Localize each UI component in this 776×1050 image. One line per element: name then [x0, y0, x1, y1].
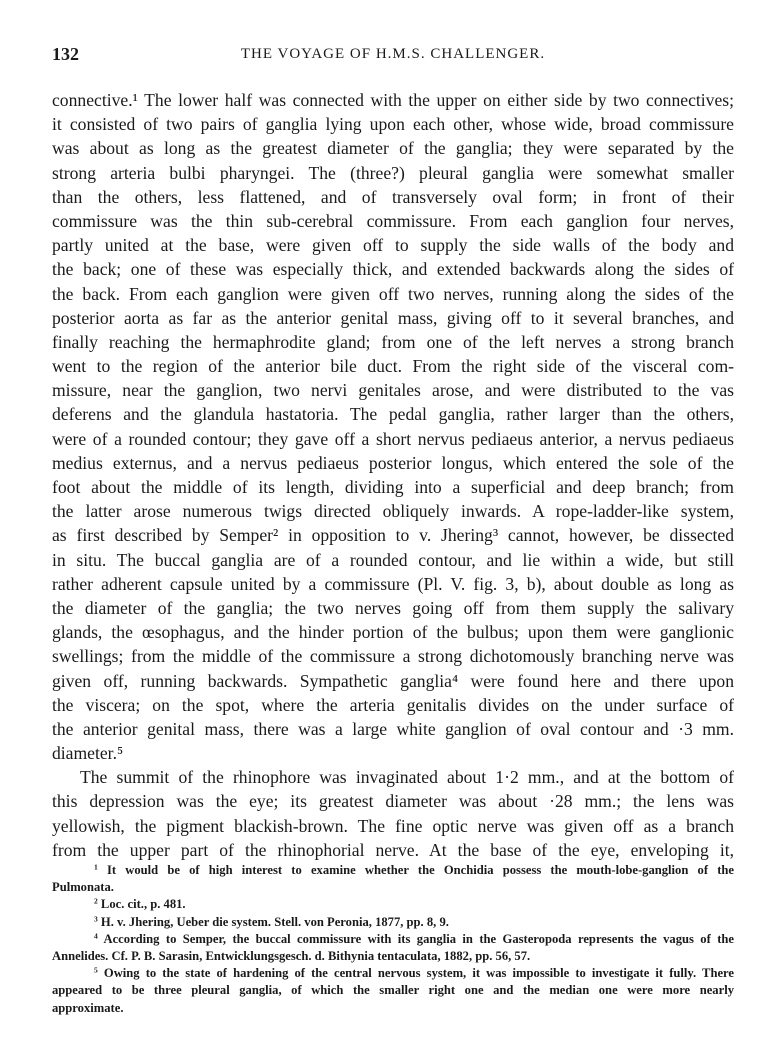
text-line: diameter.⁵ — [52, 741, 734, 765]
footnote-3-line: 3 H. v. Jhering, Ueber die system. Stell… — [52, 914, 734, 931]
footnote-5-line: approximate. — [52, 1000, 734, 1017]
text-line: missure, near the ganglion, two nervi ge… — [52, 378, 734, 402]
text-line: the viscera; on the spot, where the arte… — [52, 693, 734, 717]
footnote-4-line: 4 According to Semper, the buccal commis… — [52, 931, 734, 948]
text-line: posterior aorta as far as the anterior g… — [52, 306, 734, 330]
footnote-1-line: 1 It would be of high interest to examin… — [52, 862, 734, 879]
text-line: as first described by Semper² in opposit… — [52, 523, 734, 547]
text-line: connective.¹ The lower half was connecte… — [52, 88, 734, 112]
text-line: this depression was the eye; its greates… — [52, 789, 734, 813]
text-line: commissure was the thin sub-cerebral com… — [52, 209, 734, 233]
footnote-5-line: appeared to be three pleural ganglia, of… — [52, 982, 734, 999]
text-line: from the upper part of the rhinophorial … — [52, 838, 734, 862]
text-line: were of a rounded contour; they gave off… — [52, 427, 734, 451]
footnote-5-line: 5 Owing to the state of hardening of the… — [52, 965, 734, 982]
text-line: yellowish, the pigment blackish-brown. T… — [52, 814, 734, 838]
footnote-2-line: 2 Loc. cit., p. 481. — [52, 896, 734, 913]
text-line: finally reaching the hermaphrodite gland… — [52, 330, 734, 354]
footnote-marker: 5 — [94, 966, 98, 975]
text-line: strong arteria bulbi pharyngei. The (thr… — [52, 161, 734, 185]
footnotes: 1 It would be of high interest to examin… — [52, 862, 734, 1017]
text-line: went to the region of the anterior bile … — [52, 354, 734, 378]
running-title: THE VOYAGE OF H.M.S. CHALLENGER. — [52, 46, 734, 63]
text-line: The summit of the rhinophore was invagin… — [52, 765, 734, 789]
footnote-4-line: Annelides. Cf. P. B. Sarasin, Entwicklun… — [52, 948, 734, 965]
text-line: the back. From each ganglion were given … — [52, 282, 734, 306]
text-line: swellings; from the middle of the commis… — [52, 644, 734, 668]
text-line: in situ. The buccal ganglia are of a rou… — [52, 548, 734, 572]
body-text: connective.¹ The lower half was connecte… — [52, 88, 734, 862]
footnote-marker: 3 — [94, 914, 98, 923]
text-line: the diameter of the ganglia; the two ner… — [52, 596, 734, 620]
footnote-1-line: Pulmonata. — [52, 879, 734, 896]
footnote-marker: 4 — [94, 931, 98, 940]
text-line: rather adherent capsule united by a comm… — [52, 572, 734, 596]
text-line: deferens and the glandula hastatoria. Th… — [52, 402, 734, 426]
text-line: medius externus, and a nervus pediaeus p… — [52, 451, 734, 475]
footnote-marker: 2 — [94, 897, 98, 906]
footnote-marker: 1 — [94, 862, 98, 871]
text-line: given off, running backwards. Sympatheti… — [52, 669, 734, 693]
text-line: the anterior genital mass, there was a l… — [52, 717, 734, 741]
text-line: foot about the middle of its length, div… — [52, 475, 734, 499]
text-line: it consisted of two pairs of ganglia lyi… — [52, 112, 734, 136]
text-line: the latter arose numerous twigs directed… — [52, 499, 734, 523]
running-header: 132 THE VOYAGE OF H.M.S. CHALLENGER. — [52, 44, 734, 68]
text-line: than the others, less flattened, and of … — [52, 185, 734, 209]
text-line: partly united at the base, were given of… — [52, 233, 734, 257]
text-line: glands, the œsophagus, and the hinder po… — [52, 620, 734, 644]
text-line: was about as long as the greatest diamet… — [52, 136, 734, 160]
text-line: the back; one of these was especially th… — [52, 257, 734, 281]
